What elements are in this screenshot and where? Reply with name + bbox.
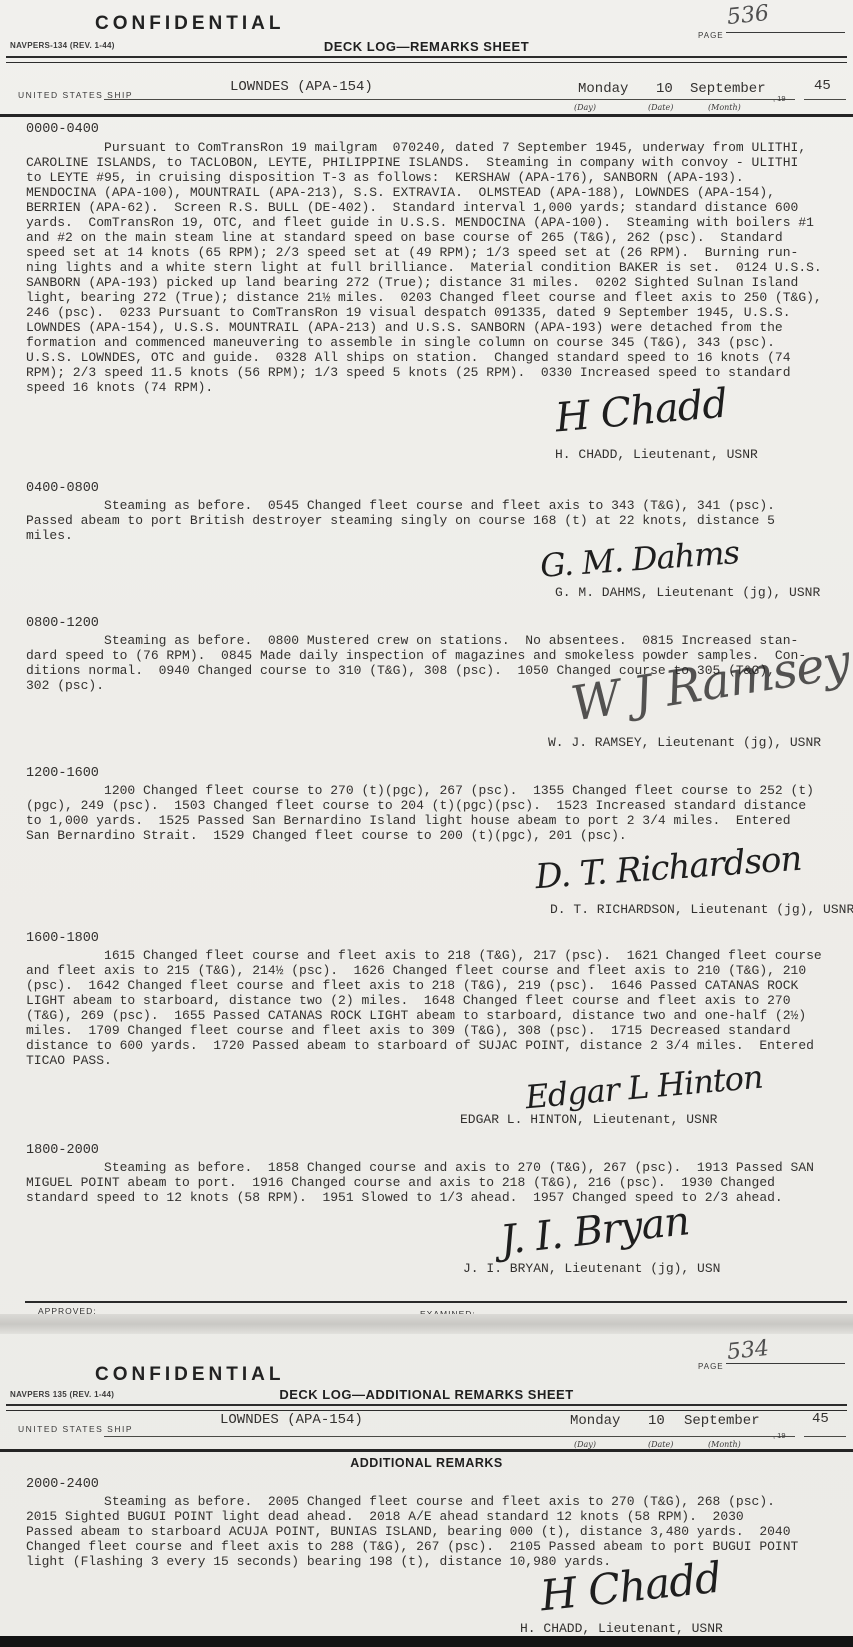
date-label: (Date)	[648, 103, 673, 112]
additional-remarks-heading: ADDITIONAL REMARKS	[0, 1456, 853, 1470]
sheet-title: DECK LOG—REMARKS SHEET	[0, 39, 853, 54]
date-year: 45	[814, 78, 831, 94]
date-day: Monday	[578, 81, 628, 97]
ship-name: LOWNDES (APA-154)	[230, 79, 373, 95]
date-date: 10	[648, 1413, 665, 1429]
signature-script: J. I. Bryan	[498, 1198, 691, 1264]
sheet-title: DECK LOG—ADDITIONAL REMARKS SHEET	[0, 1387, 853, 1402]
sheet-divider	[0, 1314, 853, 1334]
year-line	[804, 1436, 846, 1437]
classification-stamp: CONFIDENTIAL	[95, 1364, 284, 1386]
entry-time-range: 1600-1800	[26, 931, 99, 946]
date-date: 10	[656, 81, 673, 97]
officer-name: H. CHADD, Lieutenant, USNR	[555, 447, 758, 462]
classification-stamp: CONFIDENTIAL	[95, 13, 284, 35]
entry-time-range: 2000-2400	[26, 1477, 99, 1492]
entry-text: Steaming as before. 2005 Changed fleet c…	[26, 1494, 850, 1569]
officer-name: H. CHADD, Lieutenant, USNR	[520, 1621, 723, 1636]
day-label: (Day)	[574, 1440, 596, 1449]
signature-script: D. T. Richardson	[534, 839, 803, 897]
entry-time-range: 1200-1600	[26, 766, 99, 781]
double-rule	[6, 1404, 847, 1411]
date-month: September	[690, 81, 766, 97]
date-line	[547, 1436, 795, 1437]
year-line	[804, 99, 846, 100]
officer-name: W. J. RAMSEY, Lieutenant (jg), USNR	[548, 735, 821, 750]
ship-name: LOWNDES (APA-154)	[220, 1412, 363, 1428]
ship-name-line	[104, 1436, 560, 1437]
entry-time-range: 1800-2000	[26, 1143, 99, 1158]
entry-text: Steaming as before. 1858 Changed course …	[26, 1160, 850, 1205]
date-label: (Date)	[648, 1440, 673, 1449]
year-prefix: , 19	[773, 1431, 786, 1440]
page-label: PAGE	[698, 1362, 724, 1371]
entry-time-range: 0400-0800	[26, 481, 99, 496]
scan-edge-strip	[0, 1636, 853, 1647]
year-prefix: , 19	[773, 94, 786, 103]
page-number-line	[726, 1363, 845, 1364]
date-line	[547, 99, 795, 100]
entry-text: 1615 Changed fleet course and fleet axis…	[26, 948, 850, 1068]
officer-name: J. I. BRYAN, Lieutenant (jg), USN	[463, 1261, 720, 1276]
approved-rule	[25, 1301, 847, 1303]
date-year: 45	[812, 1411, 829, 1427]
officer-name: D. T. RICHARDSON, Lieutenant (jg), USNR	[550, 902, 853, 917]
month-label: (Month)	[708, 1440, 741, 1449]
ship-label: UNITED STATES SHIP	[18, 1424, 133, 1434]
officer-name: EDGAR L. HINTON, Lieutenant, USNR	[460, 1112, 717, 1127]
month-label: (Month)	[708, 103, 741, 112]
deck-log-scan: CONFIDENTIAL 536 PAGE NAVPERS-134 (REV. …	[0, 0, 853, 1647]
entry-text: 1200 Changed fleet course to 270 (t)(pgc…	[26, 783, 850, 843]
entry-time-range: 0000-0400	[26, 122, 99, 137]
day-label: (Day)	[574, 103, 596, 112]
entry-time-range: 0800-1200	[26, 616, 99, 631]
entry-text: Pursuant to ComTransRon 19 mailgram 0702…	[26, 140, 850, 395]
ship-name-line	[104, 99, 560, 100]
double-rule	[6, 56, 847, 63]
date-month: September	[684, 1413, 760, 1429]
date-day: Monday	[570, 1413, 620, 1429]
page-number-line	[726, 32, 845, 33]
heavy-rule	[0, 114, 853, 117]
handwritten-page-number: 534	[726, 1336, 770, 1365]
officer-name: G. M. DAHMS, Lieutenant (jg), USNR	[555, 585, 820, 600]
heavy-rule	[0, 1449, 853, 1452]
handwritten-page-number: 536	[726, 1, 770, 30]
